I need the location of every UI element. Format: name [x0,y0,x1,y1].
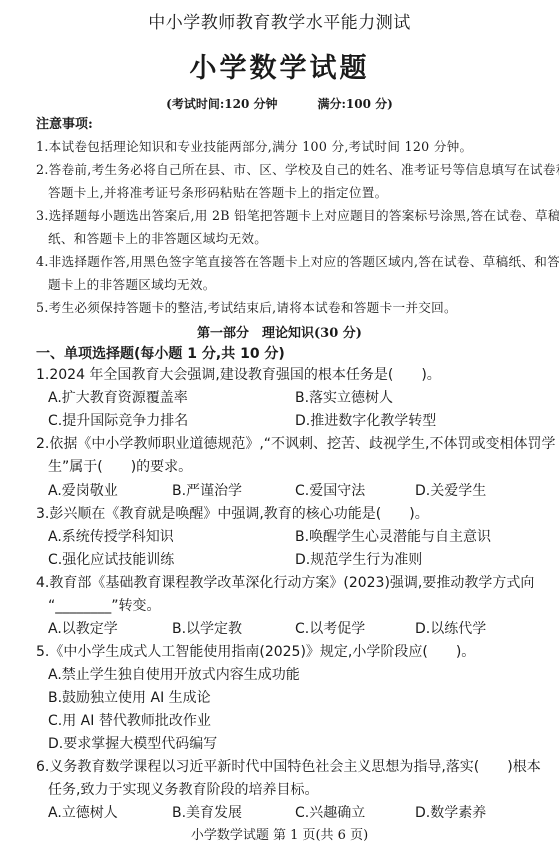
question-6-option-d: D.数学素养 [415,802,486,822]
question-2-option-d: D.关爱学生 [415,480,486,500]
notice-heading: 注意事项: [36,113,93,132]
question-2-option-b: B.严谨治学 [172,480,242,500]
notice-line: 题卡上的非答题区域均无效。 [48,274,216,293]
question-4-stem: 4.教育部《基础教育课程教学改革深化行动方案》(2023)强调,要推动教学方式向 [36,572,534,592]
question-4-option-a: A.以教定学 [48,618,118,638]
question-1-option-c: C.提升国际竞争力排名 [48,410,188,430]
question-4-option-c: C.以考促学 [295,618,365,638]
question-6-stem: 6.义务教育数学课程以习近平新时代中国特色社会主义思想为指导,落实( )根本 [36,756,541,776]
question-4-stem-cont: “________”转变。 [48,595,161,615]
question-2-stem: 2.依据《中小学教师职业道德规范》,“不讽刺、挖苦、歧视学生,不体罚或变相体罚学 [36,433,556,453]
notice-line: 1.本试卷包括理论知识和专业技能两部分,满分 100 分,考试时间 120 分钟… [36,136,472,155]
question-5-stem: 5.《中小学生成式人工智能使用指南(2025)》规定,小学阶段应( )。 [36,641,475,661]
section-heading: 一、单项选择题(每小题 1 分,共 10 分) [36,343,285,363]
question-6-option-c: C.兴趣确立 [295,802,365,822]
question-3-stem: 3.彭兴顺在《教育就是唤醒》中强调,教育的核心功能是( )。 [36,503,429,523]
question-6-option-b: B.美育发展 [172,802,242,822]
question-1-option-a: A.扩大教育资源覆盖率 [48,387,188,407]
question-4-option-b: B.以学定教 [172,618,242,638]
exam-meta: (考试时间:120 分钟满分:100 分) [0,95,559,112]
notice-line: 答题卡上,并将准考证号条形码粘贴在答题卡上的指定位置。 [48,182,388,201]
exam-time: (考试时间:120 分钟 [166,95,277,112]
notice-line: 3.选择题每小题选出答案后,用 2B 铅笔把答题卡上对应题目的答案标号涂黑,答在… [36,205,559,224]
question-3-option-b: B.唤醒学生心灵潜能与自主意识 [295,526,491,546]
page-title: 小学数学试题 [0,46,559,85]
question-4-option-d: D.以练代学 [415,618,486,638]
part-title: 第一部分 理论知识(30 分) [0,322,559,341]
question-6-stem-cont: 任务,致力于实现义务教育阶段的培养目标。 [48,779,318,799]
question-5-option-d: D.要求掌握大模型代码编写 [48,733,217,753]
notice-line: 纸、和答题卡上的非答题区域均无效。 [48,228,267,247]
question-3-option-c: C.强化应试技能训练 [48,549,174,569]
question-5-option-a: A.禁止学生独自使用开放式内容生成功能 [48,664,300,684]
notice-line: 5.考生必须保持答题卡的整洁,考试结束后,请将本试卷和答题卡一并交回。 [36,297,457,316]
question-2-stem-cont: 生”属于( )的要求。 [48,456,192,476]
question-3-option-d: D.规范学生行为准则 [295,549,422,569]
question-1-option-b: B.落实立德树人 [295,387,393,407]
full-score: 满分:100 分) [318,95,393,112]
question-3-option-a: A.系统传授学科知识 [48,526,174,546]
question-5-option-c: C.用 AI 替代教师批改作业 [48,710,211,730]
question-2-option-a: A.爱岗敬业 [48,480,118,500]
question-2-option-c: C.爱国守法 [295,480,365,500]
question-1-stem: 1.2024 年全国教育大会强调,建设教育强国的根本任务是( )。 [36,364,441,384]
exam-series-title: 中小学教师教育教学水平能力测试 [0,8,559,33]
question-1-option-d: D.推进数字化教学转型 [295,410,436,430]
question-5-option-b: B.鼓励独立使用 AI 生成论 [48,687,211,707]
notice-line: 2.答卷前,考生务必将自己所在县、市、区、学校及自己的姓名、准考证号等信息填写在… [36,159,559,178]
question-6-option-a: A.立德树人 [48,802,118,822]
notice-line: 4.非选择题作答,用黑色签字笔直接答在答题卡上对应的答题区域内,答在试卷、草稿纸… [36,251,559,270]
page-footer: 小学数学试题 第 1 页(共 6 页) [0,824,559,843]
